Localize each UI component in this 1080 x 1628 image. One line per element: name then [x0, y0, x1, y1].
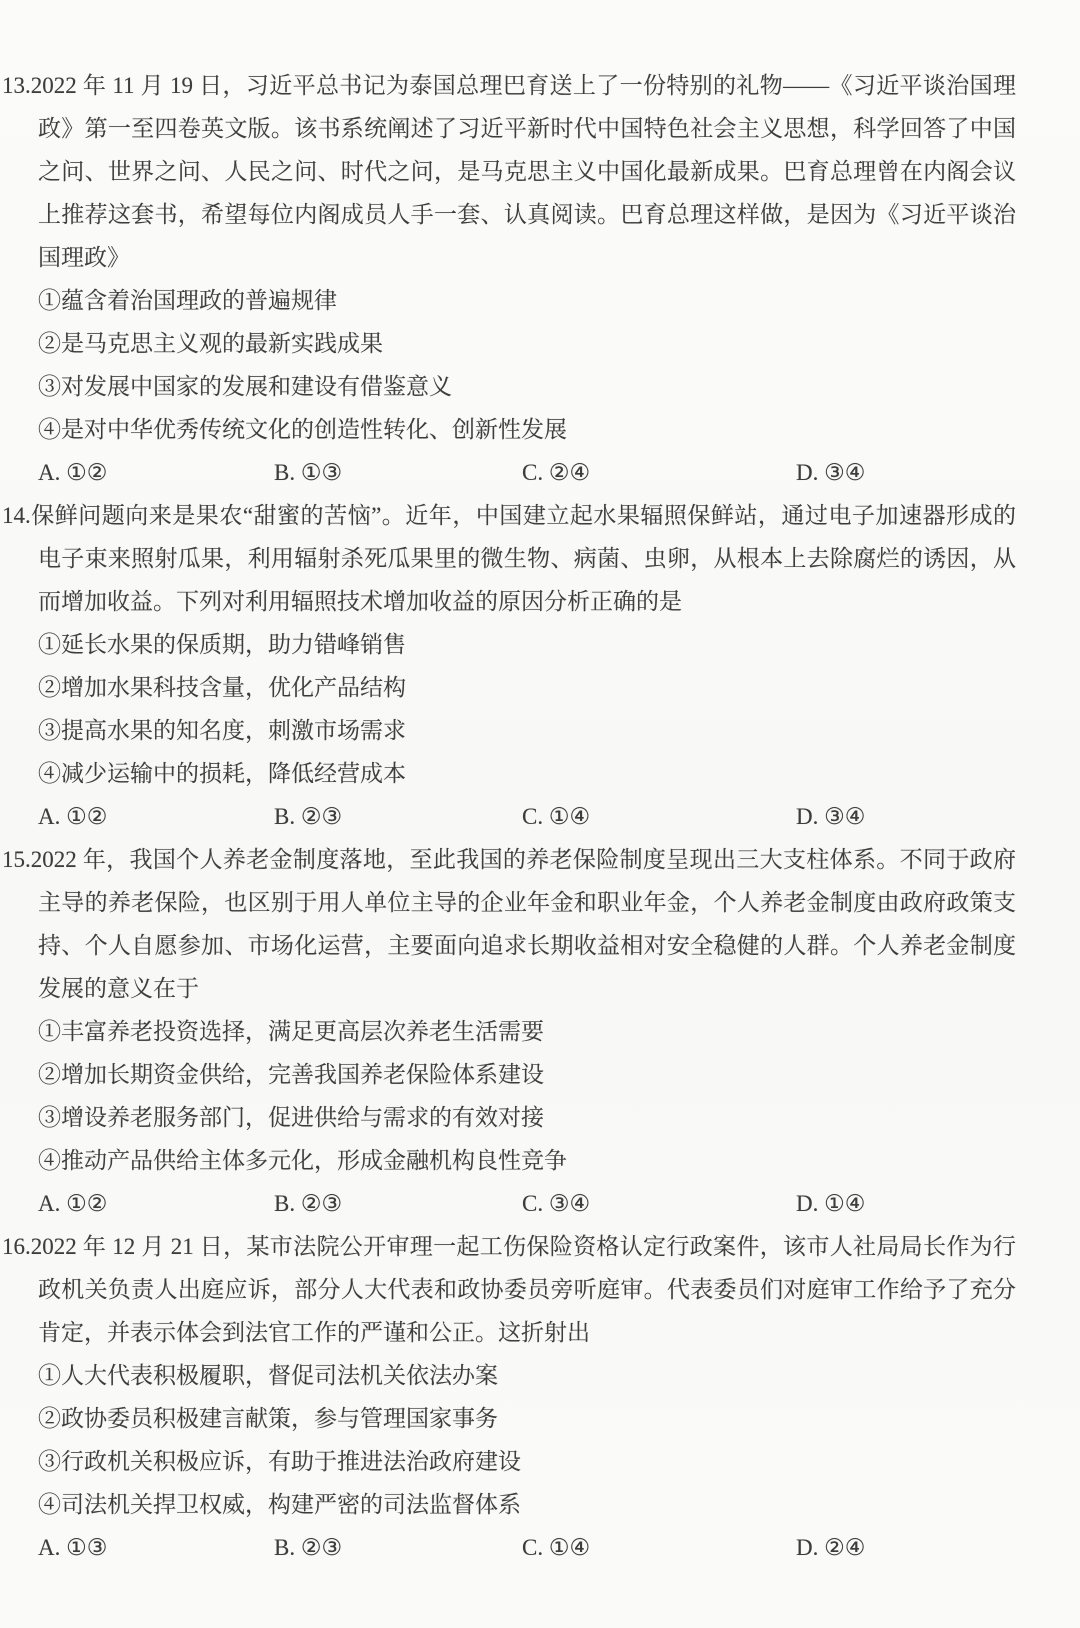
question-number: 14. [2, 503, 31, 528]
question-stem-text: 2022 年 11 月 19 日，习近平总书记为泰国总理巴育送上了一份特别的礼物… [31, 73, 1016, 270]
exam-page: 13.2022 年 11 月 19 日，习近平总书记为泰国总理巴育送上了一份特别… [0, 0, 1080, 1628]
choice-d: D. ①④ [796, 1182, 1016, 1225]
option-line-3: ③对发展中国家的发展和建设有借鉴意义 [2, 365, 1016, 408]
option-line-3: ③提高水果的知名度，刺激市场需求 [2, 709, 1016, 752]
question-14: 14.保鲜问题向来是果农“甜蜜的苦恼”。近年，中国建立起水果辐照保鲜站，通过电子… [2, 494, 1016, 838]
question-15: 15.2022 年，我国个人养老金制度落地，至此我国的养老保险制度呈现出三大支柱… [2, 838, 1016, 1225]
choices-row: A. ①③ B. ②③ C. ①④ D. ②④ [2, 1526, 1016, 1569]
choice-d: D. ②④ [796, 1526, 1016, 1569]
option-line-4: ④司法机关捍卫权威，构建严密的司法监督体系 [2, 1483, 1016, 1526]
choice-c: C. ②④ [522, 451, 796, 494]
question-number: 16. [2, 1234, 31, 1259]
option-line-2: ②增加水果科技含量，优化产品结构 [2, 666, 1016, 709]
choice-a: A. ①③ [38, 1526, 274, 1569]
question-number: 13. [2, 73, 31, 98]
question-13: 13.2022 年 11 月 19 日，习近平总书记为泰国总理巴育送上了一份特别… [2, 64, 1016, 494]
question-stem: 13.2022 年 11 月 19 日，习近平总书记为泰国总理巴育送上了一份特别… [2, 64, 1016, 279]
choices-row: A. ①② B. ①③ C. ②④ D. ③④ [2, 451, 1016, 494]
choice-b: B. ①③ [274, 451, 522, 494]
choice-d: D. ③④ [796, 795, 1016, 838]
choice-b: B. ②③ [274, 1182, 522, 1225]
option-line-1: ①延长水果的保质期，助力错峰销售 [2, 623, 1016, 666]
option-line-3: ③行政机关积极应诉，有助于推进法治政府建设 [2, 1440, 1016, 1483]
choice-a: A. ①② [38, 1182, 274, 1225]
choice-a: A. ①② [38, 451, 274, 494]
question-stem: 16.2022 年 12 月 21 日，某市法院公开审理一起工伤保险资格认定行政… [2, 1225, 1016, 1354]
question-stem-text: 2022 年，我国个人养老金制度落地，至此我国的养老保险制度呈现出三大支柱体系。… [31, 847, 1016, 1001]
option-line-1: ①蕴含着治国理政的普遍规律 [2, 279, 1016, 322]
choice-b: B. ②③ [274, 1526, 522, 1569]
option-line-2: ②增加长期资金供给，完善我国养老保险体系建设 [2, 1053, 1016, 1096]
option-line-4: ④减少运输中的损耗，降低经营成本 [2, 752, 1016, 795]
option-line-1: ①人大代表积极履职，督促司法机关依法办案 [2, 1354, 1016, 1397]
choices-row: A. ①② B. ②③ C. ③④ D. ①④ [2, 1182, 1016, 1225]
choice-c: C. ③④ [522, 1182, 796, 1225]
option-line-1: ①丰富养老投资选择，满足更高层次养老生活需要 [2, 1010, 1016, 1053]
option-line-2: ②是马克思主义观的最新实践成果 [2, 322, 1016, 365]
option-line-4: ④推动产品供给主体多元化，形成金融机构良性竞争 [2, 1139, 1016, 1182]
option-line-2: ②政协委员积极建言献策，参与管理国家事务 [2, 1397, 1016, 1440]
option-line-4: ④是对中华优秀传统文化的创造性转化、创新性发展 [2, 408, 1016, 451]
question-stem-text: 保鲜问题向来是果农“甜蜜的苦恼”。近年，中国建立起水果辐照保鲜站，通过电子加速器… [31, 503, 1016, 614]
question-16: 16.2022 年 12 月 21 日，某市法院公开审理一起工伤保险资格认定行政… [2, 1225, 1016, 1569]
choices-row: A. ①② B. ②③ C. ①④ D. ③④ [2, 795, 1016, 838]
question-stem: 14.保鲜问题向来是果农“甜蜜的苦恼”。近年，中国建立起水果辐照保鲜站，通过电子… [2, 494, 1016, 623]
question-number: 15. [2, 847, 31, 872]
choice-b: B. ②③ [274, 795, 522, 838]
option-line-3: ③增设养老服务部门，促进供给与需求的有效对接 [2, 1096, 1016, 1139]
choice-d: D. ③④ [796, 451, 1016, 494]
question-stem-text: 2022 年 12 月 21 日，某市法院公开审理一起工伤保险资格认定行政案件，… [31, 1234, 1016, 1345]
choice-c: C. ①④ [522, 1526, 796, 1569]
choice-a: A. ①② [38, 795, 274, 838]
choice-c: C. ①④ [522, 795, 796, 838]
question-stem: 15.2022 年，我国个人养老金制度落地，至此我国的养老保险制度呈现出三大支柱… [2, 838, 1016, 1010]
